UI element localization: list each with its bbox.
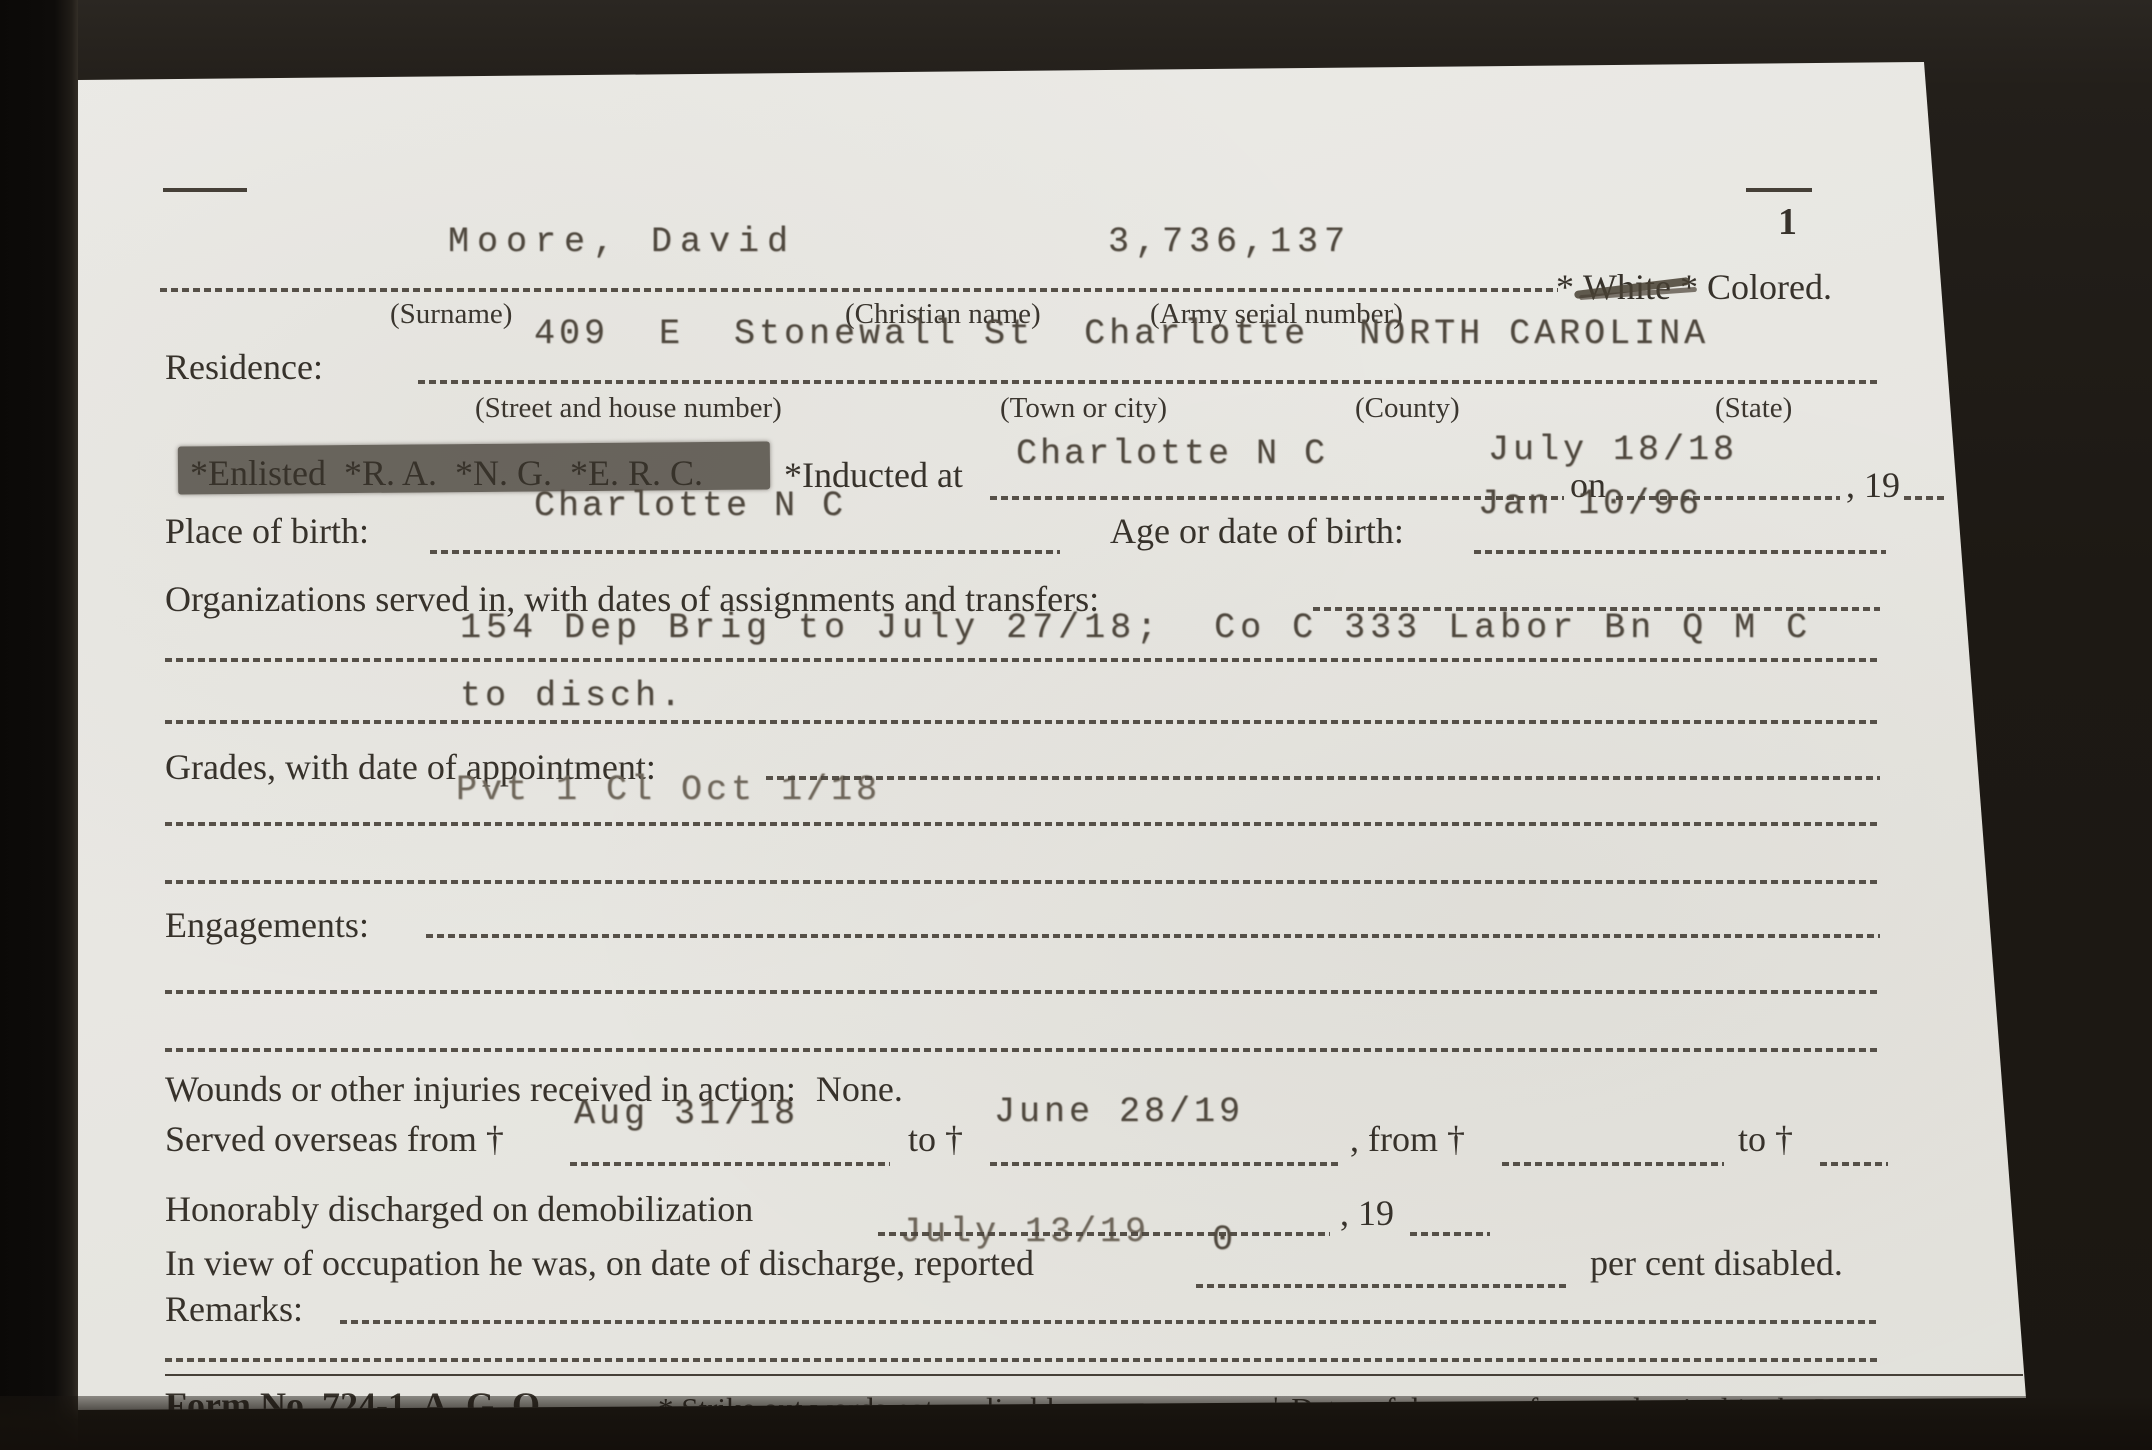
army-serial-number-value: 3,736,137 (1108, 222, 1351, 262)
overseas-to2-line (1820, 1162, 1888, 1166)
grades-line2 (165, 822, 1880, 826)
overseas-to1-line (990, 1162, 1340, 1166)
disability-label: In view of occupation he was, on date of… (165, 1244, 1034, 1284)
page-number: 1 (1778, 202, 1797, 244)
label-county: (County) (1355, 392, 1460, 425)
label-state: (State) (1715, 392, 1792, 425)
surname-christian-name-value: Moore, David (448, 222, 796, 262)
age-or-date-of-birth-label: Age or date of birth: (1110, 512, 1404, 552)
overseas-from2-label: , from † (1350, 1120, 1465, 1160)
inducted-place-value: Charlotte N C (1016, 434, 1328, 474)
race-designation: * White * Colored. (1556, 268, 1832, 308)
residence-label: Residence: (165, 348, 323, 388)
service-record-card: 1 Moore, David 3,736,137 * White * Color… (78, 62, 2026, 1412)
overseas-from2-line (1502, 1162, 1724, 1166)
blank-line-2 (165, 990, 1880, 994)
place-of-birth-label: Place of birth: (165, 512, 369, 552)
organizations-line2 (165, 720, 1880, 724)
discharge-line (878, 1232, 1330, 1236)
race-white-struck: White (1583, 268, 1671, 308)
engagements-line (426, 934, 1880, 938)
organizations-value-line2: to disch. (460, 676, 685, 716)
label-town: (Town or city) (1000, 392, 1167, 425)
bottom-shadow-band (0, 1396, 2152, 1450)
disability-line (1196, 1284, 1568, 1288)
served-overseas-label: Served overseas from † (165, 1120, 504, 1160)
label-street: (Street and house number) (475, 392, 782, 425)
footer-rule (165, 1374, 2023, 1376)
wounds-value: None. (816, 1069, 903, 1109)
date-of-birth-value: Jan 10/96 (1478, 484, 1703, 524)
background-left-strip (0, 0, 78, 1450)
overseas-from1-value: Aug 31/18 (574, 1094, 799, 1134)
discharge-label: Honorably discharged on demobilization (165, 1190, 753, 1230)
name-row-line (160, 288, 1558, 292)
discharge-year-label: , 19 (1340, 1194, 1394, 1234)
remarks-line (340, 1320, 1880, 1324)
reference-dash-right (1746, 188, 1812, 192)
overseas-to2-label: to † (1738, 1120, 1793, 1160)
disability-value: 0 (1212, 1220, 1236, 1260)
photo-background: 1 Moore, David 3,736,137 * White * Color… (0, 0, 2152, 1450)
overseas-to1-value: June 28/19 (994, 1092, 1244, 1132)
organizations-line1 (165, 658, 1880, 662)
inducted-date-value: July 18/18 (1488, 430, 1738, 470)
blank-line-1 (165, 880, 1880, 884)
remarks-label: Remarks: (165, 1290, 303, 1330)
disability-suffix-label: per cent disabled. (1590, 1244, 1843, 1284)
overseas-to-label: to † (908, 1120, 963, 1160)
blank-line-3 (165, 1048, 1880, 1052)
engagements-label: Engagements: (165, 906, 369, 946)
blank-line-4 (165, 1358, 1880, 1362)
reference-dash-left (163, 188, 247, 192)
organizations-value-line1: 154 Dep Brig to July 27/18; Co C 333 Lab… (460, 608, 1812, 648)
place-of-birth-value: Charlotte N C (534, 486, 846, 526)
date-of-birth-line (1474, 550, 1886, 554)
year-line (1904, 496, 1944, 500)
residence-value: 409 E Stonewall St Charlotte NORTH CAROL… (534, 314, 1709, 354)
discharge-year-line (1410, 1232, 1490, 1236)
year-19-label: , 19 (1846, 466, 1900, 506)
place-of-birth-line (430, 550, 1060, 554)
grades-line-partial (766, 776, 1880, 780)
overseas-from1-line (570, 1162, 890, 1166)
residence-line (418, 380, 1880, 384)
race-star: * (1556, 267, 1583, 307)
label-surname: (Surname) (390, 298, 512, 331)
